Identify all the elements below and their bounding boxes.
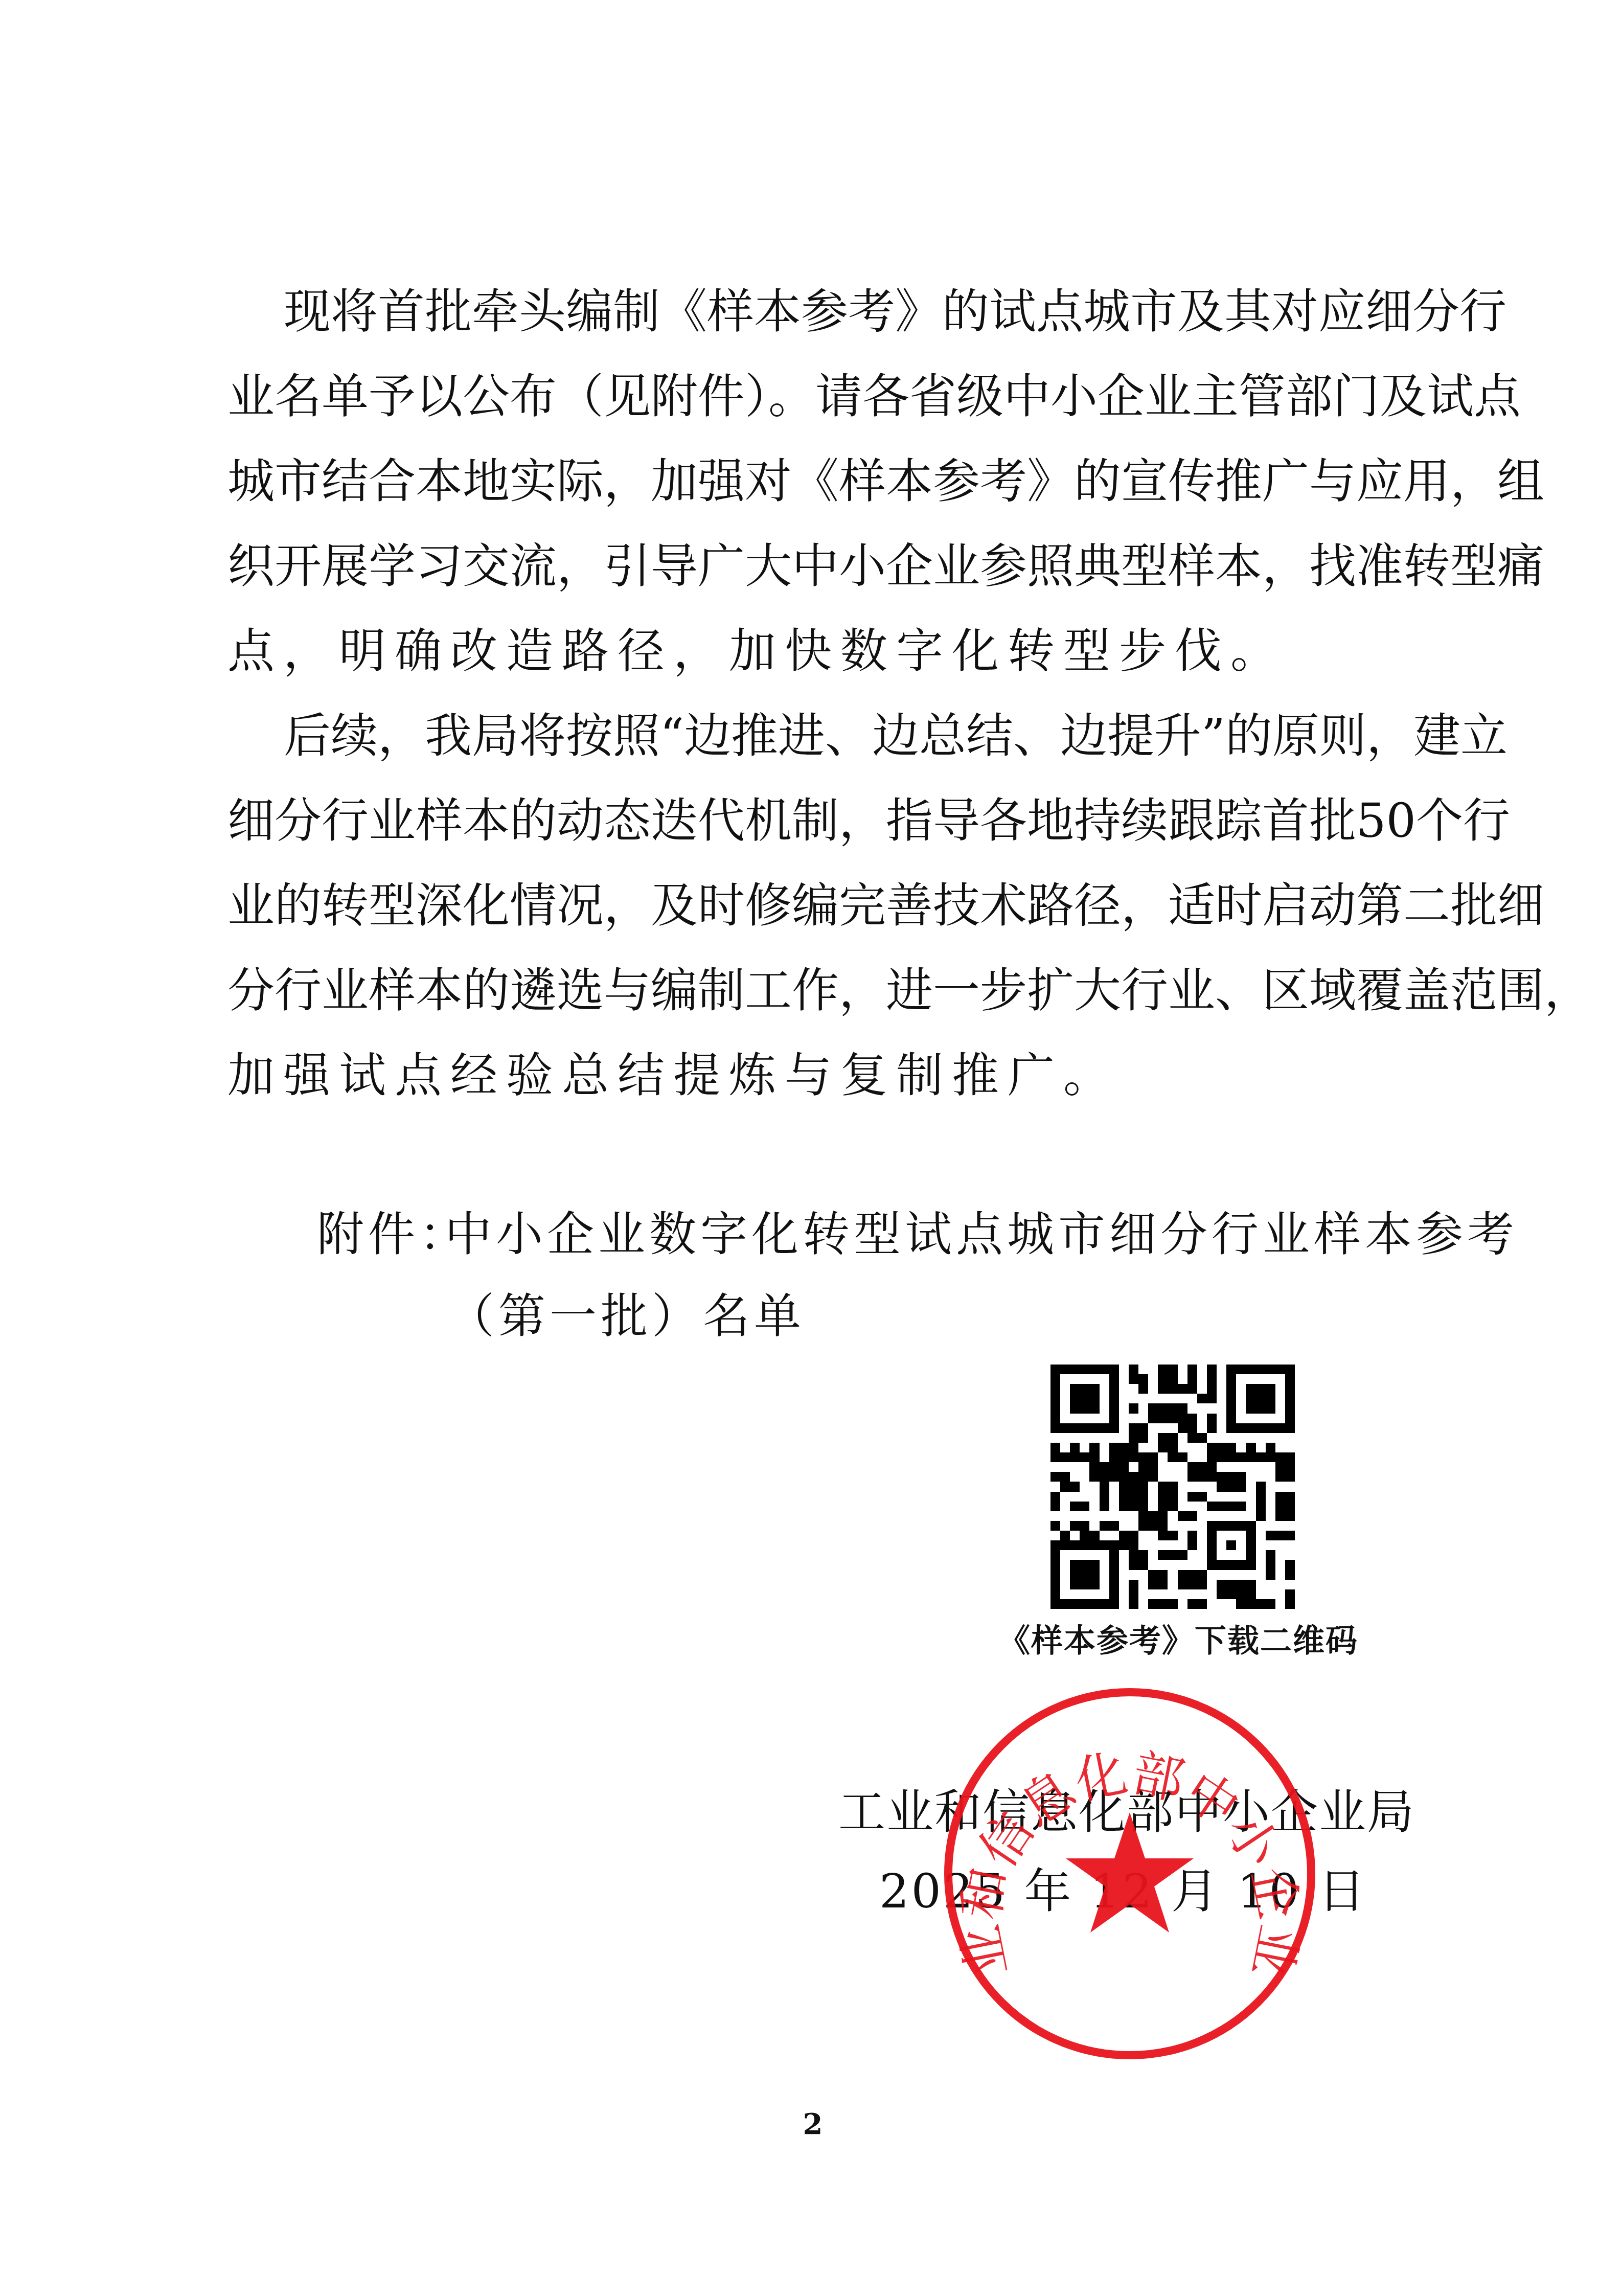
paragraph-line: 现将首批牵头编制《样本参考》的试点城市及其对应细分行 (284, 279, 1403, 345)
document-page: 现将首批牵头编制《样本参考》的试点城市及其对应细分行 业名单予以公布（见附件）。… (0, 0, 1622, 2296)
paragraph-line: 细分行业样本的动态迭代机制，指导各地持续跟踪首批50个行 (227, 788, 1403, 854)
attachment-title-line-2[interactable]: （第一批）名单 (447, 1283, 805, 1350)
paragraph-line: 加强试点经验总结提炼与复制推广。 (227, 1042, 1403, 1109)
paragraph-line: 织开展学习交流，引导广大中小企业参照典型样本，找准转型痛 (227, 533, 1403, 600)
signature-organization: 工业和信息化部中小企业局 (838, 1779, 1415, 1846)
paragraph-line: 业名单予以公布（见附件）。请各省级中小企业主管部门及试点 (227, 363, 1403, 430)
signature-date: 2025 年 12 月 10 日 (879, 1858, 1367, 1925)
qr-code-caption: 《样本参考》下载二维码 (989, 1621, 1367, 1662)
page-number: 2 (797, 2106, 828, 2142)
paragraph-line: 城市结合本地实际，加强对《样本参考》的宣传推广与应用，组 (227, 448, 1403, 515)
qr-code-icon[interactable] (1050, 1362, 1295, 1611)
paragraph-line: 业的转型深化情况，及时修编完善技术路径，适时启动第二批细 (227, 873, 1403, 939)
attachment-title-line-1[interactable]: 中小企业数字化转型试点城市细分行业样本参考 (445, 1201, 1518, 1268)
paragraph-line: 分行业样本的遴选与编制工作，进一步扩大行业、区域覆盖范围， (227, 958, 1403, 1024)
paragraph-line: 点，明确改造路径，加快数字化转型步伐。 (227, 618, 1403, 685)
paragraph-line: 后续，我局将按照“边推进、边总结、边提升”的原则，建立 (284, 703, 1403, 769)
